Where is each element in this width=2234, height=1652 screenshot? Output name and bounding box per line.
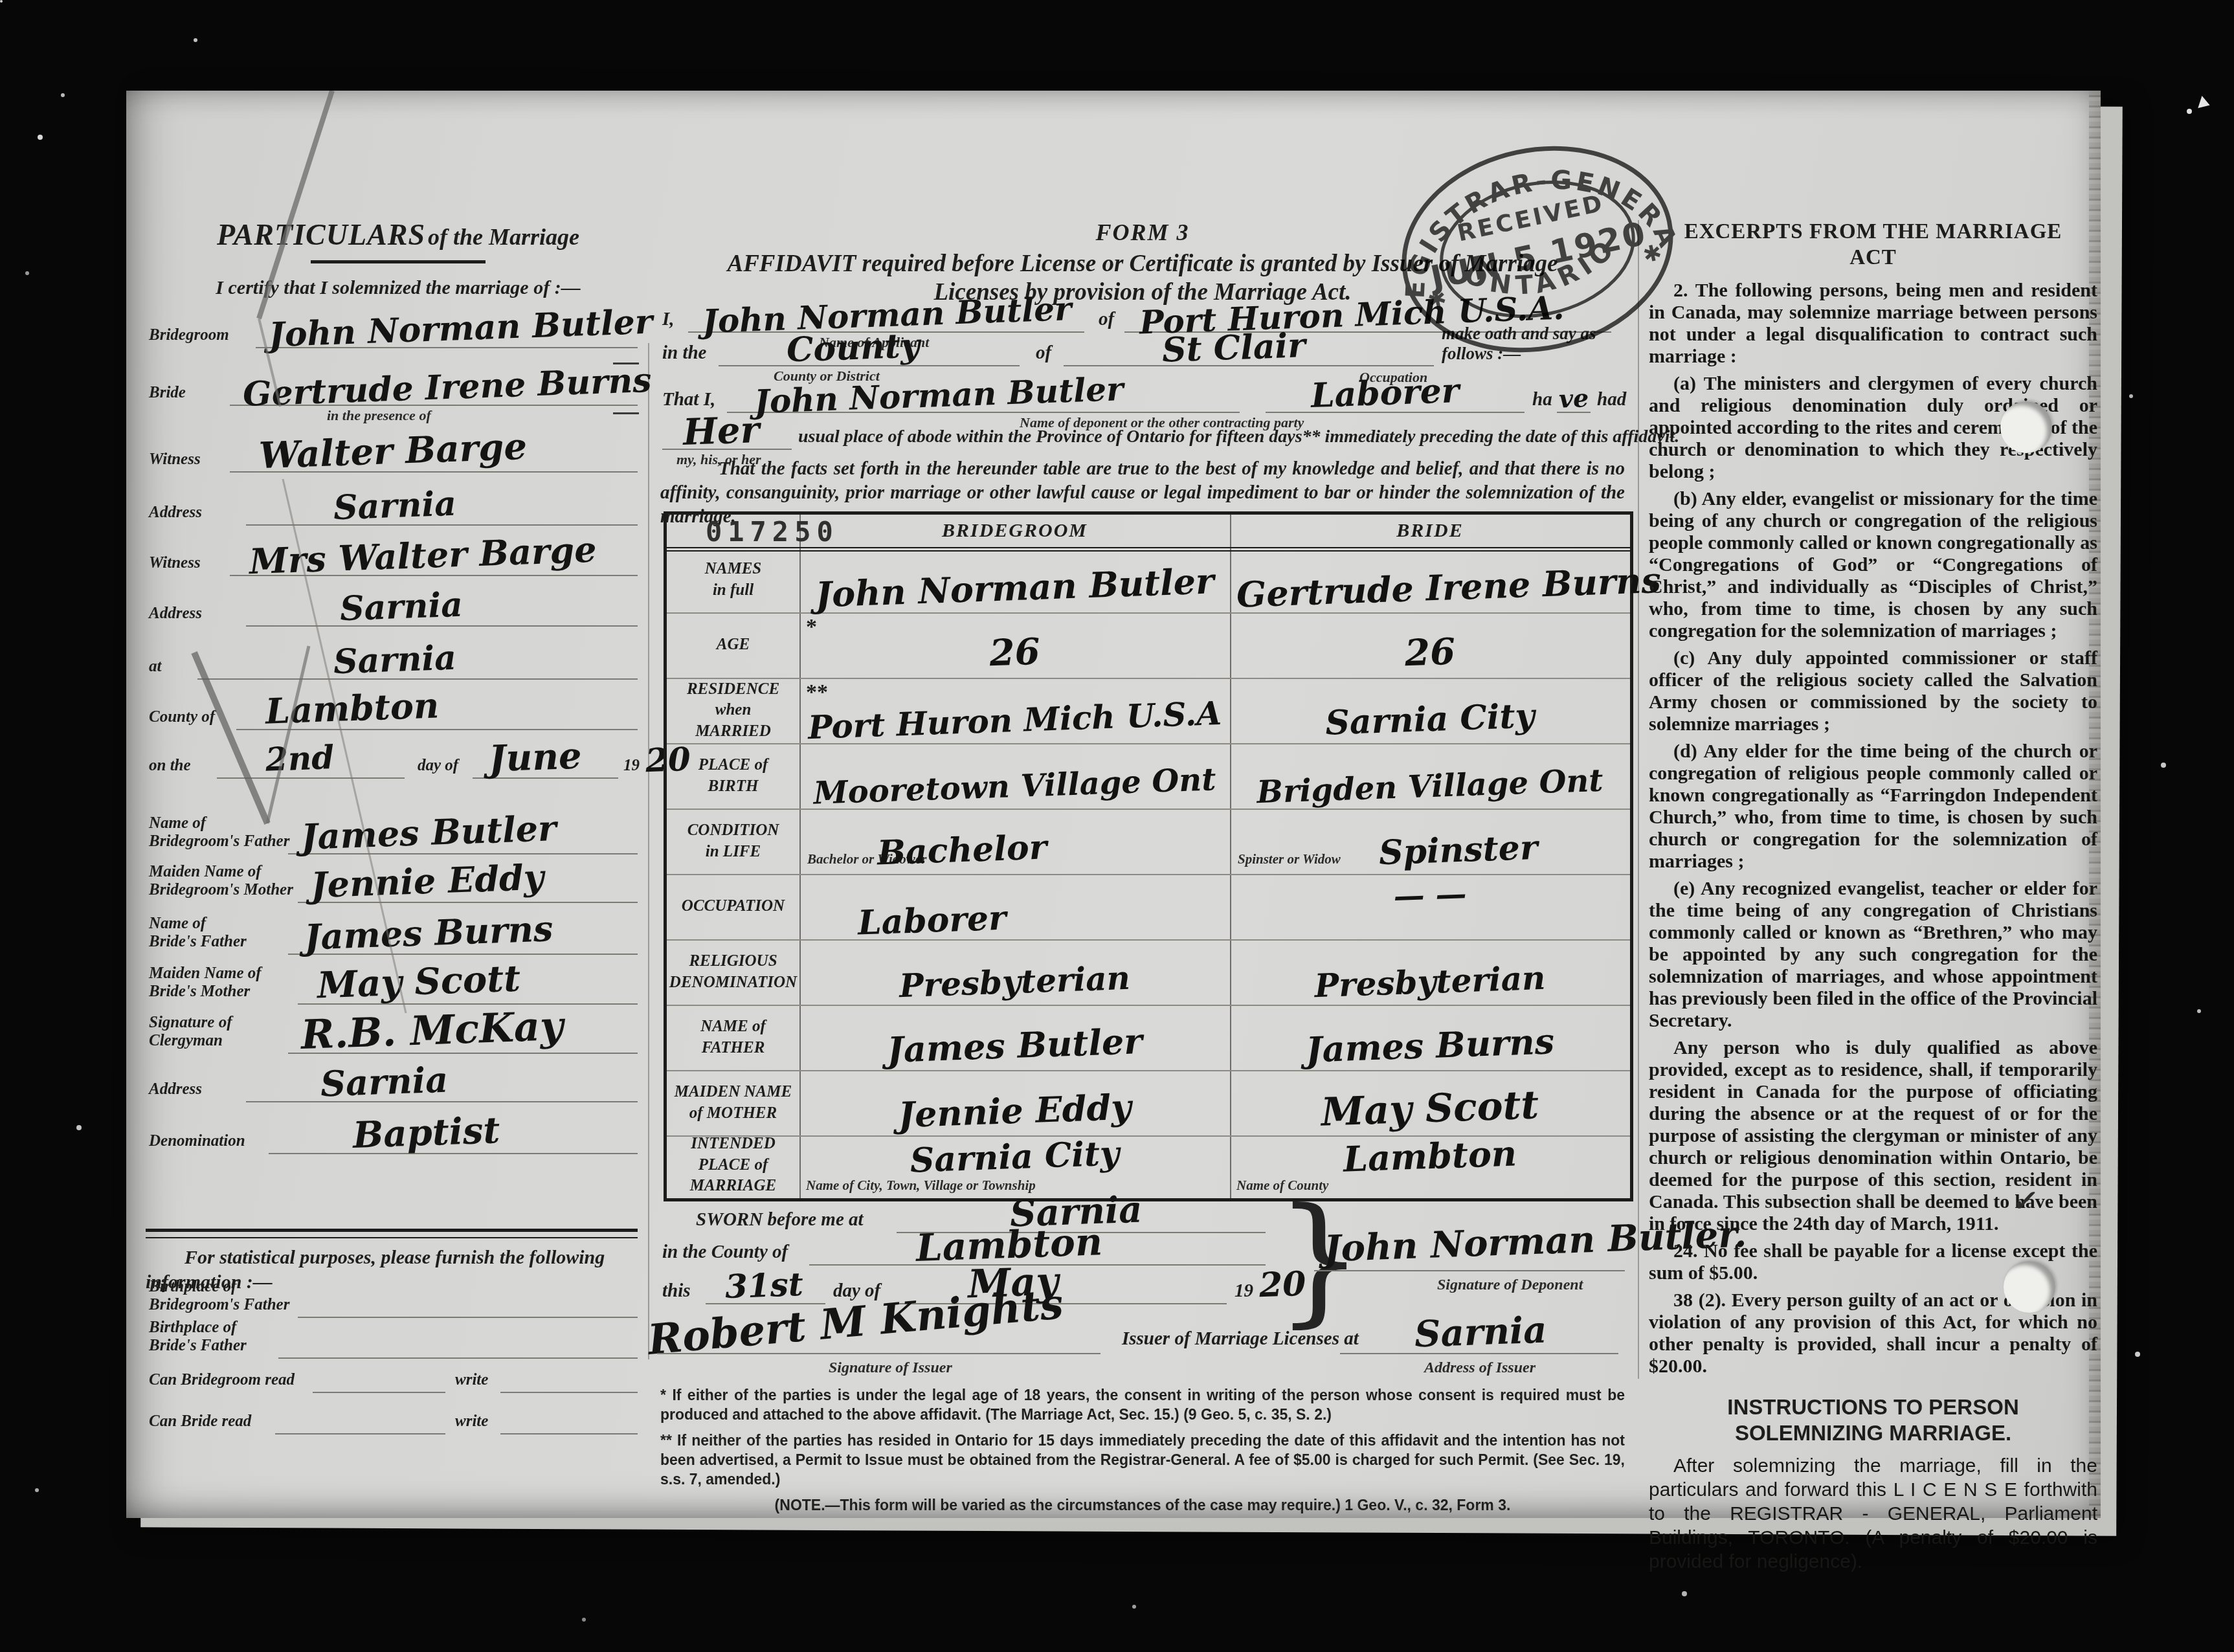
excerpt-paragraph-b: (b) Any elder, evangelist or missionary … bbox=[1649, 488, 2097, 642]
field-label: Maiden Name of Bride's Mother bbox=[149, 965, 262, 1001]
row-label: NAME of FATHER bbox=[667, 1005, 799, 1070]
field-label: Address bbox=[149, 1080, 202, 1099]
handwritten-sworn-day: 31st bbox=[724, 1265, 804, 1306]
field-label: write bbox=[455, 1371, 488, 1389]
bride-residence: Sarnia City bbox=[1229, 693, 1631, 746]
field-birthplace-bridegroom-father: Birthplace of Bridegroom's Father bbox=[146, 1275, 651, 1318]
field-label: day of bbox=[418, 757, 458, 775]
field-county-of: County of Lambton bbox=[146, 689, 651, 730]
column-divider-right bbox=[1638, 220, 1639, 1379]
field-label: at bbox=[149, 658, 161, 676]
handwritten-issuer-place: Sarnia bbox=[1414, 1308, 1548, 1356]
bridegroom-birthplace: Mooretown Village Ont bbox=[799, 761, 1231, 812]
footnote-2: ** If neither of the parties has resided… bbox=[660, 1431, 1625, 1489]
row-religion: RELIGIOUS DENOMINATION Presbyterian Pres… bbox=[667, 939, 1630, 1006]
field-bridegroom-father: Name of Bridegroom's Father James Butler bbox=[146, 805, 651, 854]
punch-hole-bottom bbox=[2004, 1261, 2055, 1313]
row-label: NAMES in full bbox=[667, 547, 799, 612]
field-label: Bridegroom bbox=[149, 326, 229, 344]
issuer-at-text: Issuer of Marriage Licenses at bbox=[1122, 1328, 1359, 1350]
field-caption: in the presence of bbox=[327, 407, 431, 424]
field-label: Can Bridegroom read bbox=[149, 1371, 295, 1389]
printed-abode-text: usual place of abode within the Province… bbox=[798, 427, 1679, 447]
intended-place-caption: Name of City, Town, Village or Township bbox=[806, 1178, 1036, 1194]
field-at: at Sarnia bbox=[146, 638, 651, 680]
field-clergyman-signature: Signature of Clergyman R.B. McKay bbox=[146, 1005, 651, 1054]
excerpts-heading-line2: ACT bbox=[1649, 245, 2097, 271]
handwritten-value: Sarnia bbox=[333, 638, 457, 682]
field-can-bridegroom-read: Can Bridegroom read write bbox=[146, 1352, 651, 1393]
field-label: Birthplace of Bride's Father bbox=[149, 1319, 247, 1355]
particulars-title-main: PARTICULARS bbox=[217, 218, 425, 251]
printed-text: had bbox=[1597, 389, 1626, 410]
field-bride-mother: Maiden Name of Bride's Mother May Scott bbox=[146, 955, 651, 1005]
row-father: NAME of FATHER James Butler James Burns bbox=[667, 1005, 1630, 1071]
footnote-3: (NOTE.—This form will be varied as the c… bbox=[660, 1495, 1625, 1515]
bridegroom-condition: Bachelor bbox=[877, 827, 1047, 873]
footnote-1: * If either of the parties is under the … bbox=[660, 1385, 1625, 1424]
printed-text: ha bbox=[1532, 389, 1552, 410]
handwritten-value: Sarnia bbox=[320, 1059, 449, 1105]
issuer-address-caption: Address of Issuer bbox=[1424, 1359, 1536, 1377]
field-label: Bride bbox=[149, 384, 186, 402]
particulars-title-sub: of the Marriage bbox=[428, 224, 579, 250]
bride-mother: May Scott bbox=[1229, 1079, 1631, 1139]
row-mother: MAIDEN NAME of MOTHER Jennie Eddy May Sc… bbox=[667, 1070, 1630, 1137]
field-label: Address bbox=[149, 504, 202, 522]
bride-condition: Spinster bbox=[1378, 828, 1538, 873]
issuer-signature-caption: Signature of Issuer bbox=[829, 1359, 952, 1377]
excerpts-body: 2. The following persons, being men and … bbox=[1649, 280, 2097, 1579]
excerpt-paragraph-2: 2. The following persons, being men and … bbox=[1649, 280, 2097, 368]
scanner-dust bbox=[0, 0, 3, 3]
row-label: CONDITION in LIFE bbox=[667, 809, 799, 874]
bride-occupation: — — bbox=[1229, 870, 1631, 921]
field-label: Name of Bride's Father bbox=[149, 915, 247, 951]
bride-birthplace: Brigden Village Ont bbox=[1229, 761, 1631, 812]
bride-religion: Presbyterian bbox=[1229, 955, 1631, 1008]
handwritten-value: May Scott bbox=[317, 957, 521, 1007]
printed-text: of bbox=[1036, 342, 1051, 364]
row-residence: RESIDENCE when MARRIED ** Port Huron Mic… bbox=[667, 678, 1630, 744]
bridegroom-occupation: Laborer bbox=[857, 888, 1289, 943]
bridegroom-bride-table: 017250 BRIDEGROOM BRIDE NAMES in full Jo… bbox=[664, 511, 1633, 1201]
margin-checkmark: ✓ bbox=[2011, 1184, 2036, 1218]
handwritten-day: 2nd bbox=[265, 738, 335, 779]
particulars-title: PARTICULARS of the Marriage bbox=[146, 218, 651, 252]
handwritten-value: Lambton bbox=[265, 684, 440, 731]
handwritten-value: Sarnia bbox=[339, 585, 464, 629]
instructions-heading-line2: SOLEMNIZING MARRIAGE. bbox=[1649, 1420, 2097, 1446]
handwritten-her: Her bbox=[682, 408, 760, 454]
field-bride: Bride Gertrude Irene Burns in the presen… bbox=[146, 364, 651, 406]
write-line bbox=[657, 1353, 1100, 1354]
deponent-line: That I, John Norman Butler Occupation La… bbox=[657, 373, 1628, 413]
intended-place-county: Lambton bbox=[1229, 1128, 1631, 1184]
handwritten-value: James Butler bbox=[300, 807, 557, 858]
row-label: OCCUPATION bbox=[667, 874, 799, 939]
row-label: AGE bbox=[667, 612, 799, 678]
row-intended-place: INTENDED PLACE of MARRIAGE Sarnia City N… bbox=[667, 1135, 1630, 1195]
field-address-1: Address Sarnia bbox=[146, 484, 651, 526]
bridegroom-name: John Norman Butler bbox=[799, 559, 1231, 616]
footnotes: * If either of the parties is under the … bbox=[660, 1385, 1625, 1521]
field-can-bride-read: Can Bride read write bbox=[146, 1393, 651, 1434]
write-line bbox=[1314, 1270, 1625, 1271]
row-label: INTENDED PLACE of MARRIAGE bbox=[667, 1135, 799, 1195]
title-rule bbox=[311, 260, 486, 263]
row-condition: CONDITION in LIFE Bachelor or Widower Ba… bbox=[667, 809, 1630, 875]
field-address-3: Address Sarnia bbox=[146, 1061, 651, 1102]
write-line bbox=[500, 1433, 638, 1434]
handwritten-month: June bbox=[488, 735, 583, 781]
year-prefix: 19 bbox=[1234, 1280, 1253, 1302]
field-label: County of bbox=[149, 708, 215, 726]
bride-age: 26 bbox=[1229, 624, 1631, 681]
field-bride-father: Name of Bride's Father James Burns bbox=[146, 906, 651, 955]
row-label: RESIDENCE when MARRIED bbox=[667, 678, 799, 743]
instructions-paragraph: After solemnizing the marriage, fill in … bbox=[1649, 1454, 2097, 1574]
handwritten-county-word: County bbox=[786, 326, 921, 370]
bridegroom-mother: Jennie Eddy bbox=[799, 1082, 1231, 1139]
bridegroom-residence: Port Huron Mich U.S.A bbox=[799, 693, 1231, 746]
write-line bbox=[275, 1433, 445, 1434]
handwritten-ve: ve bbox=[1558, 383, 1589, 414]
printed-text: this bbox=[662, 1280, 691, 1302]
field-label: Name of Bridegroom's Father bbox=[149, 814, 289, 851]
handwritten-value: Walter Barge bbox=[258, 425, 528, 477]
certify-line: I certify that I solemnized the marriage… bbox=[146, 277, 651, 299]
particulars-section: PARTICULARS of the Marriage I certify th… bbox=[146, 91, 651, 1518]
intended-place-city: Sarnia City bbox=[799, 1130, 1231, 1184]
handwritten-value: Mrs Walter Barge bbox=[249, 529, 598, 583]
field-label: Maiden Name of Bridegroom's Mother bbox=[149, 863, 293, 899]
bridegroom-religion: Presbyterian bbox=[799, 955, 1231, 1008]
row-names: NAMES in full John Norman Butler Gertrud… bbox=[667, 547, 1630, 614]
field-label: Denomination bbox=[149, 1132, 245, 1150]
field-address-2: Address Sarnia bbox=[146, 585, 651, 627]
write-line bbox=[246, 524, 638, 526]
field-marriage-date: on the 2nd day of June 19 20 bbox=[146, 737, 651, 779]
row-label: RELIGIOUS DENOMINATION bbox=[667, 939, 799, 1005]
affidavit-document: PARTICULARS of the Marriage I certify th… bbox=[126, 91, 2101, 1518]
field-bridegroom: Bridegroom John Norman Butler bbox=[146, 307, 651, 348]
excerpts-heading-line1: EXCERPTS FROM THE MARRIAGE bbox=[1649, 219, 2097, 245]
field-label: Witness bbox=[149, 451, 201, 469]
bride-father: James Burns bbox=[1229, 1018, 1631, 1073]
write-line bbox=[246, 1101, 638, 1102]
year-prefix: 19 bbox=[623, 757, 640, 775]
field-witness-1: Witness Walter Barge bbox=[146, 431, 651, 473]
field-witness-2: Witness Mrs Walter Barge bbox=[146, 535, 651, 576]
printed-text: in the County of bbox=[662, 1242, 788, 1263]
table-header-row: 017250 BRIDEGROOM BRIDE bbox=[667, 515, 1630, 552]
write-line bbox=[217, 777, 405, 779]
bride-name: Gertrude Irene Burns bbox=[1236, 560, 1637, 616]
field-label: Witness bbox=[149, 554, 201, 572]
handwritten-value: Gertrude Irene Burns bbox=[242, 361, 652, 414]
field-bridegroom-mother: Maiden Name of Bridegroom's Mother Jenni… bbox=[146, 854, 651, 903]
handwritten-value: Baptist bbox=[352, 1109, 500, 1157]
field-label: Can Bride read bbox=[149, 1412, 251, 1431]
field-label: Signature of Clergyman bbox=[149, 1014, 232, 1050]
deponent-signature-caption: Signature of Deponent bbox=[1437, 1277, 1583, 1294]
punch-hole-top bbox=[2000, 401, 2052, 453]
row-occupation: OCCUPATION Laborer — — bbox=[667, 874, 1630, 941]
excerpt-paragraph-c: (c) Any duly appointed commissioner or s… bbox=[1649, 647, 2097, 735]
handwritten-value: Sarnia bbox=[333, 484, 457, 528]
row-label: PLACE of BIRTH bbox=[667, 743, 799, 809]
condition-caption-bride: Spinster or Widow bbox=[1238, 851, 1341, 867]
abode-line: Her usual place of abode within the Prov… bbox=[657, 411, 1628, 450]
stat-intro-line1: For statistical purposes, please furnish… bbox=[184, 1247, 605, 1269]
write-line bbox=[246, 625, 638, 627]
handwritten-county-name: St Clair bbox=[1161, 326, 1306, 370]
field-label: Birthplace of Bridegroom's Father bbox=[149, 1278, 289, 1314]
excerpt-paragraph-d: (d) Any elder for the time being of the … bbox=[1649, 741, 2097, 873]
bridegroom-age: 26 bbox=[799, 623, 1231, 681]
handwritten-value: James Burns bbox=[304, 908, 553, 957]
row-birthplace: PLACE of BIRTH Mooretown Village Ont Bri… bbox=[667, 743, 1630, 810]
printed-text: in the bbox=[662, 342, 707, 364]
excerpt-paragraph-e: (e) Any recognized evangelist, teacher o… bbox=[1649, 878, 2097, 1032]
handwritten-signature: R.B. McKay bbox=[300, 1002, 564, 1058]
row-label: MAIDEN NAME of MOTHER bbox=[667, 1070, 799, 1135]
scanner-artifact bbox=[2198, 96, 2211, 111]
column-header-bridegroom: BRIDEGROOM bbox=[799, 520, 1230, 542]
field-label: write bbox=[455, 1412, 488, 1431]
row-age: AGE * 26 26 bbox=[667, 612, 1630, 679]
column-header-bride: BRIDE bbox=[1230, 520, 1630, 542]
field-denomination: Denomination Baptist bbox=[146, 1113, 651, 1154]
section-rule bbox=[146, 1229, 638, 1238]
instructions-heading-line1: INSTRUCTIONS TO PERSON bbox=[1649, 1394, 2097, 1420]
field-label: Address bbox=[149, 605, 202, 623]
printed-text: That I, bbox=[662, 389, 715, 410]
bridegroom-father: James Butler bbox=[799, 1017, 1231, 1073]
field-label: on the bbox=[149, 757, 191, 775]
handwritten-value: Jennie Eddy bbox=[310, 856, 544, 906]
